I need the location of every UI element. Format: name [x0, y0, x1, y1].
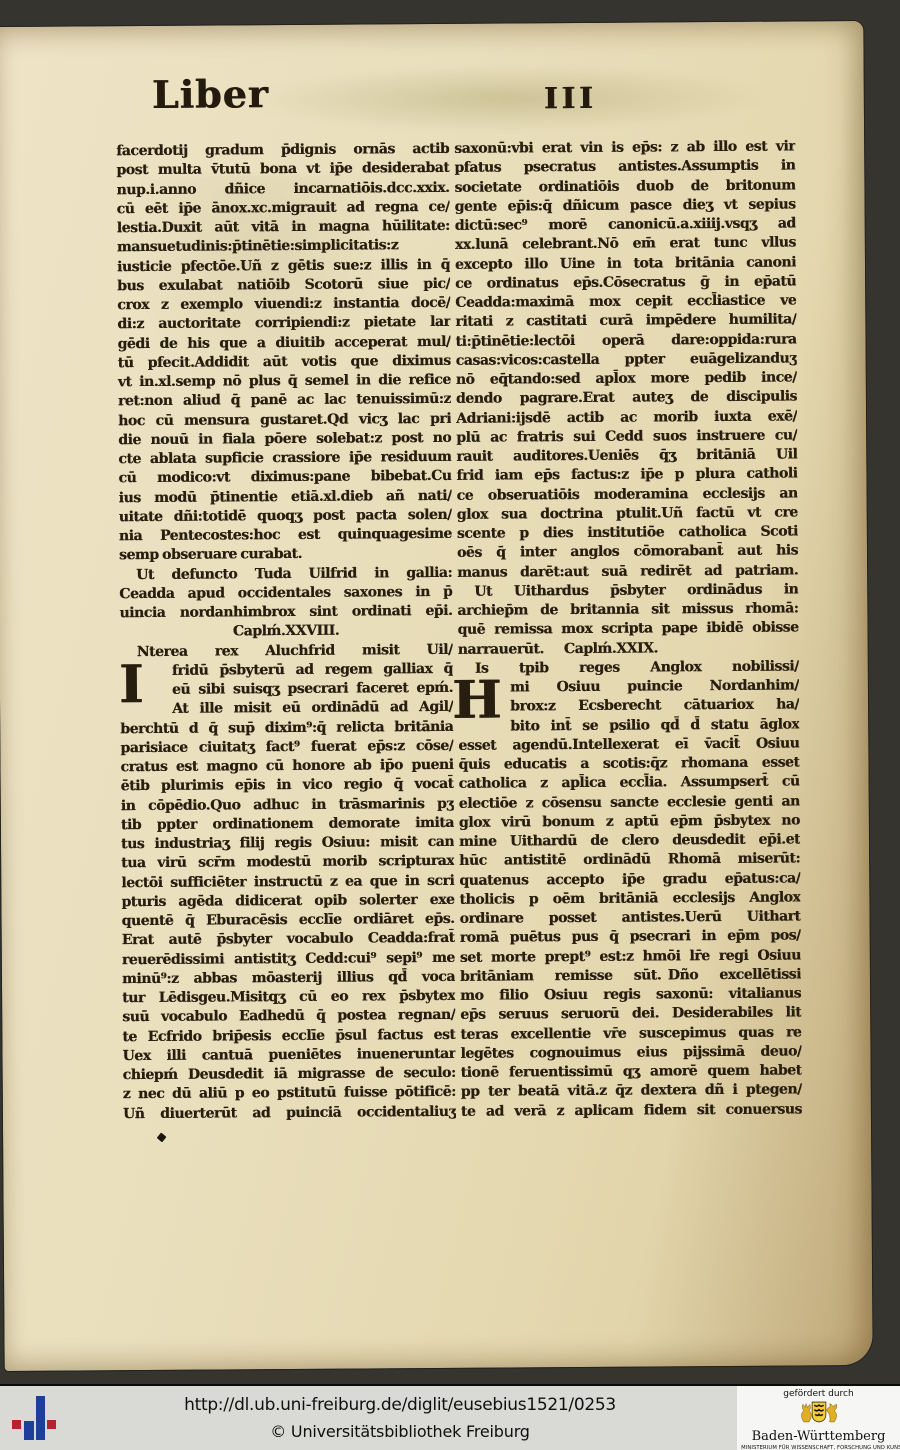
text-line: tur Lēdisgeu.Misitqʒ cū eo rex p̄sbyte…: [122, 987, 455, 1009]
text-line: in cōpēdio.Quo adhuc in trāsmarinis p…: [121, 794, 454, 816]
text-line: Ut defuncto Tuda Uilfrid in gallia:: [119, 563, 452, 585]
text-line: q̄uis educatis a scotis:q̄z rhomana esse…: [458, 753, 799, 775]
text-line: manus darēt:aut suā redirēt ad patria…: [457, 561, 798, 583]
text-line: berchtū d q̄ sup̄ dixim⁹:q̄ relicta bri…: [120, 717, 453, 739]
book-page-scan: Liber III facerdotij gradum p̄dignis orn…: [0, 21, 873, 1371]
text-line: oēs q̄ inter anglos cōmorabant̄ aut hi…: [457, 542, 798, 564]
text-line: ep̄s seruus seruorū dei. Desiderabiles …: [460, 1004, 801, 1026]
text-line: vt in.xl.semp nō plus q̄ semel in die r…: [118, 371, 451, 393]
footer-text-block: http://dl.ub.uni-freiburg.de/diglit/euse…: [70, 1386, 730, 1441]
text-line: quē remissa mox scripta pape ibidē obi…: [457, 619, 798, 641]
text-line: ētib plurimis ep̄is in vico regio q̄ vo…: [121, 775, 454, 797]
logo-blue-bar-short: [24, 1421, 34, 1440]
text-line: excepto illo Uine in tota britānia cano…: [455, 253, 796, 275]
document-url: http://dl.ub.uni-freiburg.de/diglit/euse…: [70, 1395, 730, 1415]
text-line: Ceadda apud occidentales saxones in p̄: [119, 583, 452, 605]
text-line: electiōe z cōsensu sancte ecclesie gen…: [459, 792, 800, 814]
footer-bar: http://dl.ub.uni-freiburg.de/diglit/euse…: [0, 1384, 900, 1450]
ink-blot: [157, 1132, 167, 1142]
text-line: esset agendū.Intellexerat eī v̄acit̄ O…: [458, 734, 799, 756]
text-line: tionē feruentissimū qʒ amorē quem hab…: [461, 1061, 802, 1083]
text-line: gēdi de his que a diuitib acceperat mul…: [117, 332, 450, 354]
text-line: te ad verā z aplicam fidem sit conuersu…: [461, 1100, 802, 1122]
text-line: ordinare posset antistes.Uerū Uithart: [459, 907, 800, 929]
text-line: mine Uithardū de clero deusdedit ep̄i.e…: [459, 830, 800, 852]
text-line: die nouū in fiala pōere solebat:z post…: [118, 429, 451, 451]
logo-blue-bar-tall: [36, 1396, 45, 1440]
text-line: teras excellentie vr̄e suscepimus quas r…: [460, 1023, 801, 1045]
text-line: tib ppter ordinationem demorate imita: [121, 814, 454, 836]
funding-block: gefördert durch Baden-Württemberg MINIST…: [737, 1386, 900, 1450]
text-line: legētes cognouimus eius pijssimā deuo/: [460, 1042, 801, 1064]
text-line: rauit auditores.Ueniēs q̄ʒ britāniā U…: [456, 445, 797, 467]
text-line: crox z exemplo viuendi:z instantia docē…: [117, 294, 450, 316]
text-line: glox virū bonum z aptū ep̄m p̄sbytex n…: [459, 811, 800, 833]
text-line: catholica z apl̄ica eccl̄ia. Assumpsert̄…: [459, 773, 800, 795]
text-line: casas:vicos:castella ppter euāgelizandu…: [456, 349, 797, 371]
text-line: Uñ diuerterūt ad puinciā occidentaliu…: [123, 1102, 456, 1124]
text-line: parisiace ciuitatʒ fact⁹ fuerat ep̄s:z c…: [120, 737, 453, 759]
text-line: suū vocabulo Eadhedū q̄ postea regnan/: [122, 1006, 455, 1028]
text-line: di:z auctoritate corripiendi:z pietate l…: [117, 313, 450, 335]
text-line: te Ecfrido brip̄esis ecclīe p̄sul factu…: [122, 1025, 455, 1047]
logo-red-square-right: [47, 1420, 56, 1429]
text-line: ritati z castitati curā impēdere humil…: [455, 311, 796, 333]
text-line: nup.i.anno dñice incarnatiōis.dcc.xxix…: [116, 178, 449, 200]
text-line: Nterea rex Aluchfrid misit Uil/: [120, 640, 453, 662]
text-line: facerdotij gradum p̄dignis ornās actib: [116, 140, 449, 162]
dropcap-initial-left: I: [119, 658, 144, 712]
text-line: romā puētus pus q̄ psecrari in ep̄m po…: [460, 927, 801, 949]
text-line: Uex illi cantuā pueniētes inueneruntar: [122, 1045, 455, 1067]
text-line: Erat autē p̄sbyter vocabulo Ceadda:frat…: [122, 929, 455, 951]
text-line: quentē q̄ Eburacēsis ecclīe ordiāret…: [122, 910, 455, 932]
text-line: bito int̄ se psilio qd̄ d̄ statu āglox: [458, 715, 799, 737]
copyright-line: © Universitätsbibliothek Freiburg: [70, 1422, 730, 1441]
running-head-liber: Liber: [152, 71, 269, 117]
text-line: Adriani:ijsdē actib ac morib iuxta exē…: [456, 407, 797, 429]
text-line: gente ep̄is:q̄ dñicum pasce dieʒ vt sep…: [455, 195, 796, 217]
text-line: Ut Uithardus p̄sbyter ordinādus in: [457, 580, 798, 602]
text-line: z nec dū aliū p eo pstitutū fuisse po…: [123, 1083, 456, 1105]
text-line: tua virū scr̄m modestū morib scriptura…: [121, 852, 454, 874]
text-line: tus industriaʒ filij regis Osiuu: misit …: [121, 833, 454, 855]
text-line: minū⁹:z abbas mōasterij illius qd̄ voc…: [122, 968, 455, 990]
bleedthrough-smudge: [246, 64, 766, 134]
text-line: ce obseruatiōis moderamina ecclesijs an: [457, 484, 798, 506]
text-line: scente p dies institutiōe catholica Sco…: [457, 522, 798, 544]
text-line: fridū p̄sbyterū ad regem galliax q̄: [120, 660, 453, 682]
text-line: uitate dñi:totidē quoqʒ post pacta sol…: [119, 506, 452, 528]
text-line: britāniam remisse sūt. Dño excellēti…: [460, 965, 801, 987]
text-line: saxonū:vbi erat vin is ep̄s: z ab illo …: [454, 137, 795, 159]
text-line: ret:non aliud q̄ panē ac lac tenuissimu…: [118, 390, 451, 412]
text-line: archiep̄m de britannia sit missus rhomā…: [457, 599, 798, 621]
text-line: xx.lunā celebrant.Nō em̄ erat tunc vll…: [455, 234, 796, 256]
text-line: pp ter beatā vitā.z q̄z dextera dñ i …: [461, 1081, 802, 1103]
text-line: tū pfecit.Addidit aūt votis que diximu…: [118, 352, 451, 374]
text-line: dendo pagrare.Erat auteʒ de discipulis: [456, 388, 797, 410]
ub-freiburg-logo: [10, 1395, 70, 1443]
text-line: lectōi sufficiēter instructū z ea que…: [121, 871, 454, 893]
text-line: ce ordinatus ep̄s.Cōsecratus ḡ in ep̄a…: [455, 272, 796, 294]
text-line: cratus est magno cū honore ab ip̄o puen…: [120, 756, 453, 778]
text-line: hoc cū mensura gustaret.Qd vicʒ lac pri: [118, 409, 451, 431]
text-line: narrauerūt. Caplḿ.XXIX.: [458, 638, 799, 660]
baden-wuerttemberg-coat-of-arms-icon: [789, 1399, 849, 1425]
text-line: dictū:sec⁹ morē canonicū.a.xiiij.vsqʒ…: [455, 214, 796, 236]
text-line: reuerēdissimi antistitʒ Cedd:cui⁹ sepi⁹…: [122, 948, 455, 970]
text-column-left: facerdotij gradum p̄dignis ornās actibp…: [116, 140, 456, 1128]
funding-name: Baden-Württemberg: [737, 1429, 900, 1444]
text-line: pturis agēda didicerat opib solerter ex…: [121, 891, 454, 913]
text-column-right: saxonū:vbi erat vin is ep̄s: z ab illo …: [454, 137, 802, 1125]
text-line: nia Pentecostes:hoc est quinquagesime: [119, 525, 452, 547]
text-line: nō eq̄tando:sed apl̄ox more pedib ince/: [456, 368, 797, 390]
text-line: Ceadda:maximā mox cepit eccl̄iastice ve: [455, 291, 796, 313]
text-line: At ille misit eū ordinādū ad Agil/: [120, 698, 453, 720]
text-line: pfatus psecratus antistes.Assumptis in: [454, 157, 795, 179]
text-line: plū ac fratris sui Cedd suos instruere …: [456, 426, 797, 448]
text-line: post multa v̄tutū bona vt ip̄e desidera…: [116, 159, 449, 181]
text-line: tholicis p oēm britāniā ecclesijs Ang…: [459, 888, 800, 910]
text-line: ius modū p̄tinentie etiā.xl.dieb añ n…: [119, 486, 452, 508]
text-line: mansuetudinis:p̄tinētie:simplicitatis:z: [117, 236, 450, 258]
text-line: hūc antistitē ordinādū Rhomā miseru…: [459, 850, 800, 872]
text-line: frid iam ep̄s factus:z ip̄e p plura cath…: [456, 465, 797, 487]
text-line: uincia nordanhimbrox sint ordinati ep̄i.: [119, 602, 452, 624]
text-line: semp obseruare curabat.: [119, 544, 452, 566]
text-line: cū modico:vt diximus:pane bibebat.Cu: [118, 467, 451, 489]
text-line: ti:p̄tinētie:lectōi operā dare:oppida…: [455, 330, 796, 352]
text-line: eū sibi suisqʒ psecrari faceret epḿ.: [120, 679, 453, 701]
logo-red-square-left: [12, 1420, 21, 1429]
dropcap-initial-right: H: [452, 674, 502, 728]
text-line: cte ablata supficie crassiore ip̄e resid…: [118, 448, 451, 470]
funding-ministry: MINISTERIUM FÜR WISSENSCHAFT, FORSCHUNG …: [741, 1445, 896, 1450]
text-line: Caplḿ.XXVIII.: [119, 621, 452, 643]
text-line: lestia.Duxit aūt vitā in magna hūilit…: [117, 217, 450, 239]
text-line: societate ordinatiōis duob de britonum: [454, 176, 795, 198]
text-line: iusticie pfectōe.Uñ z gētis sue:z ill…: [117, 255, 450, 277]
text-line: Is tpib reges Anglox nobilissi/: [458, 657, 799, 679]
text-line: cū eēt ip̄e ānox.xc.migrauit ad regna…: [117, 198, 450, 220]
funding-label: gefördert durch: [737, 1389, 900, 1399]
text-line: bus exulabat natiōib Scotorū siue pic/: [117, 275, 450, 297]
running-head-book-number: III: [544, 81, 597, 115]
text-line: set morte prept⁹ est:z hmōi lr̄e regi O…: [460, 946, 801, 968]
text-line: brox:z Ecsberecht cātuariox ha/: [458, 696, 799, 718]
text-line: mi Osiuu puincie Nordanhim/: [458, 676, 799, 698]
text-line: chiepḿ Deusdedit iā migrasse de seculo:: [123, 1064, 456, 1086]
text-line: quatenus accepto ip̄e gradu ep̄atus:ca/: [459, 869, 800, 891]
text-line: glox sua doctrina ptulit.Uñ factū vt c…: [457, 503, 798, 525]
text-line: mo filio Osiuu regis saxonū: vitalianus: [460, 984, 801, 1006]
